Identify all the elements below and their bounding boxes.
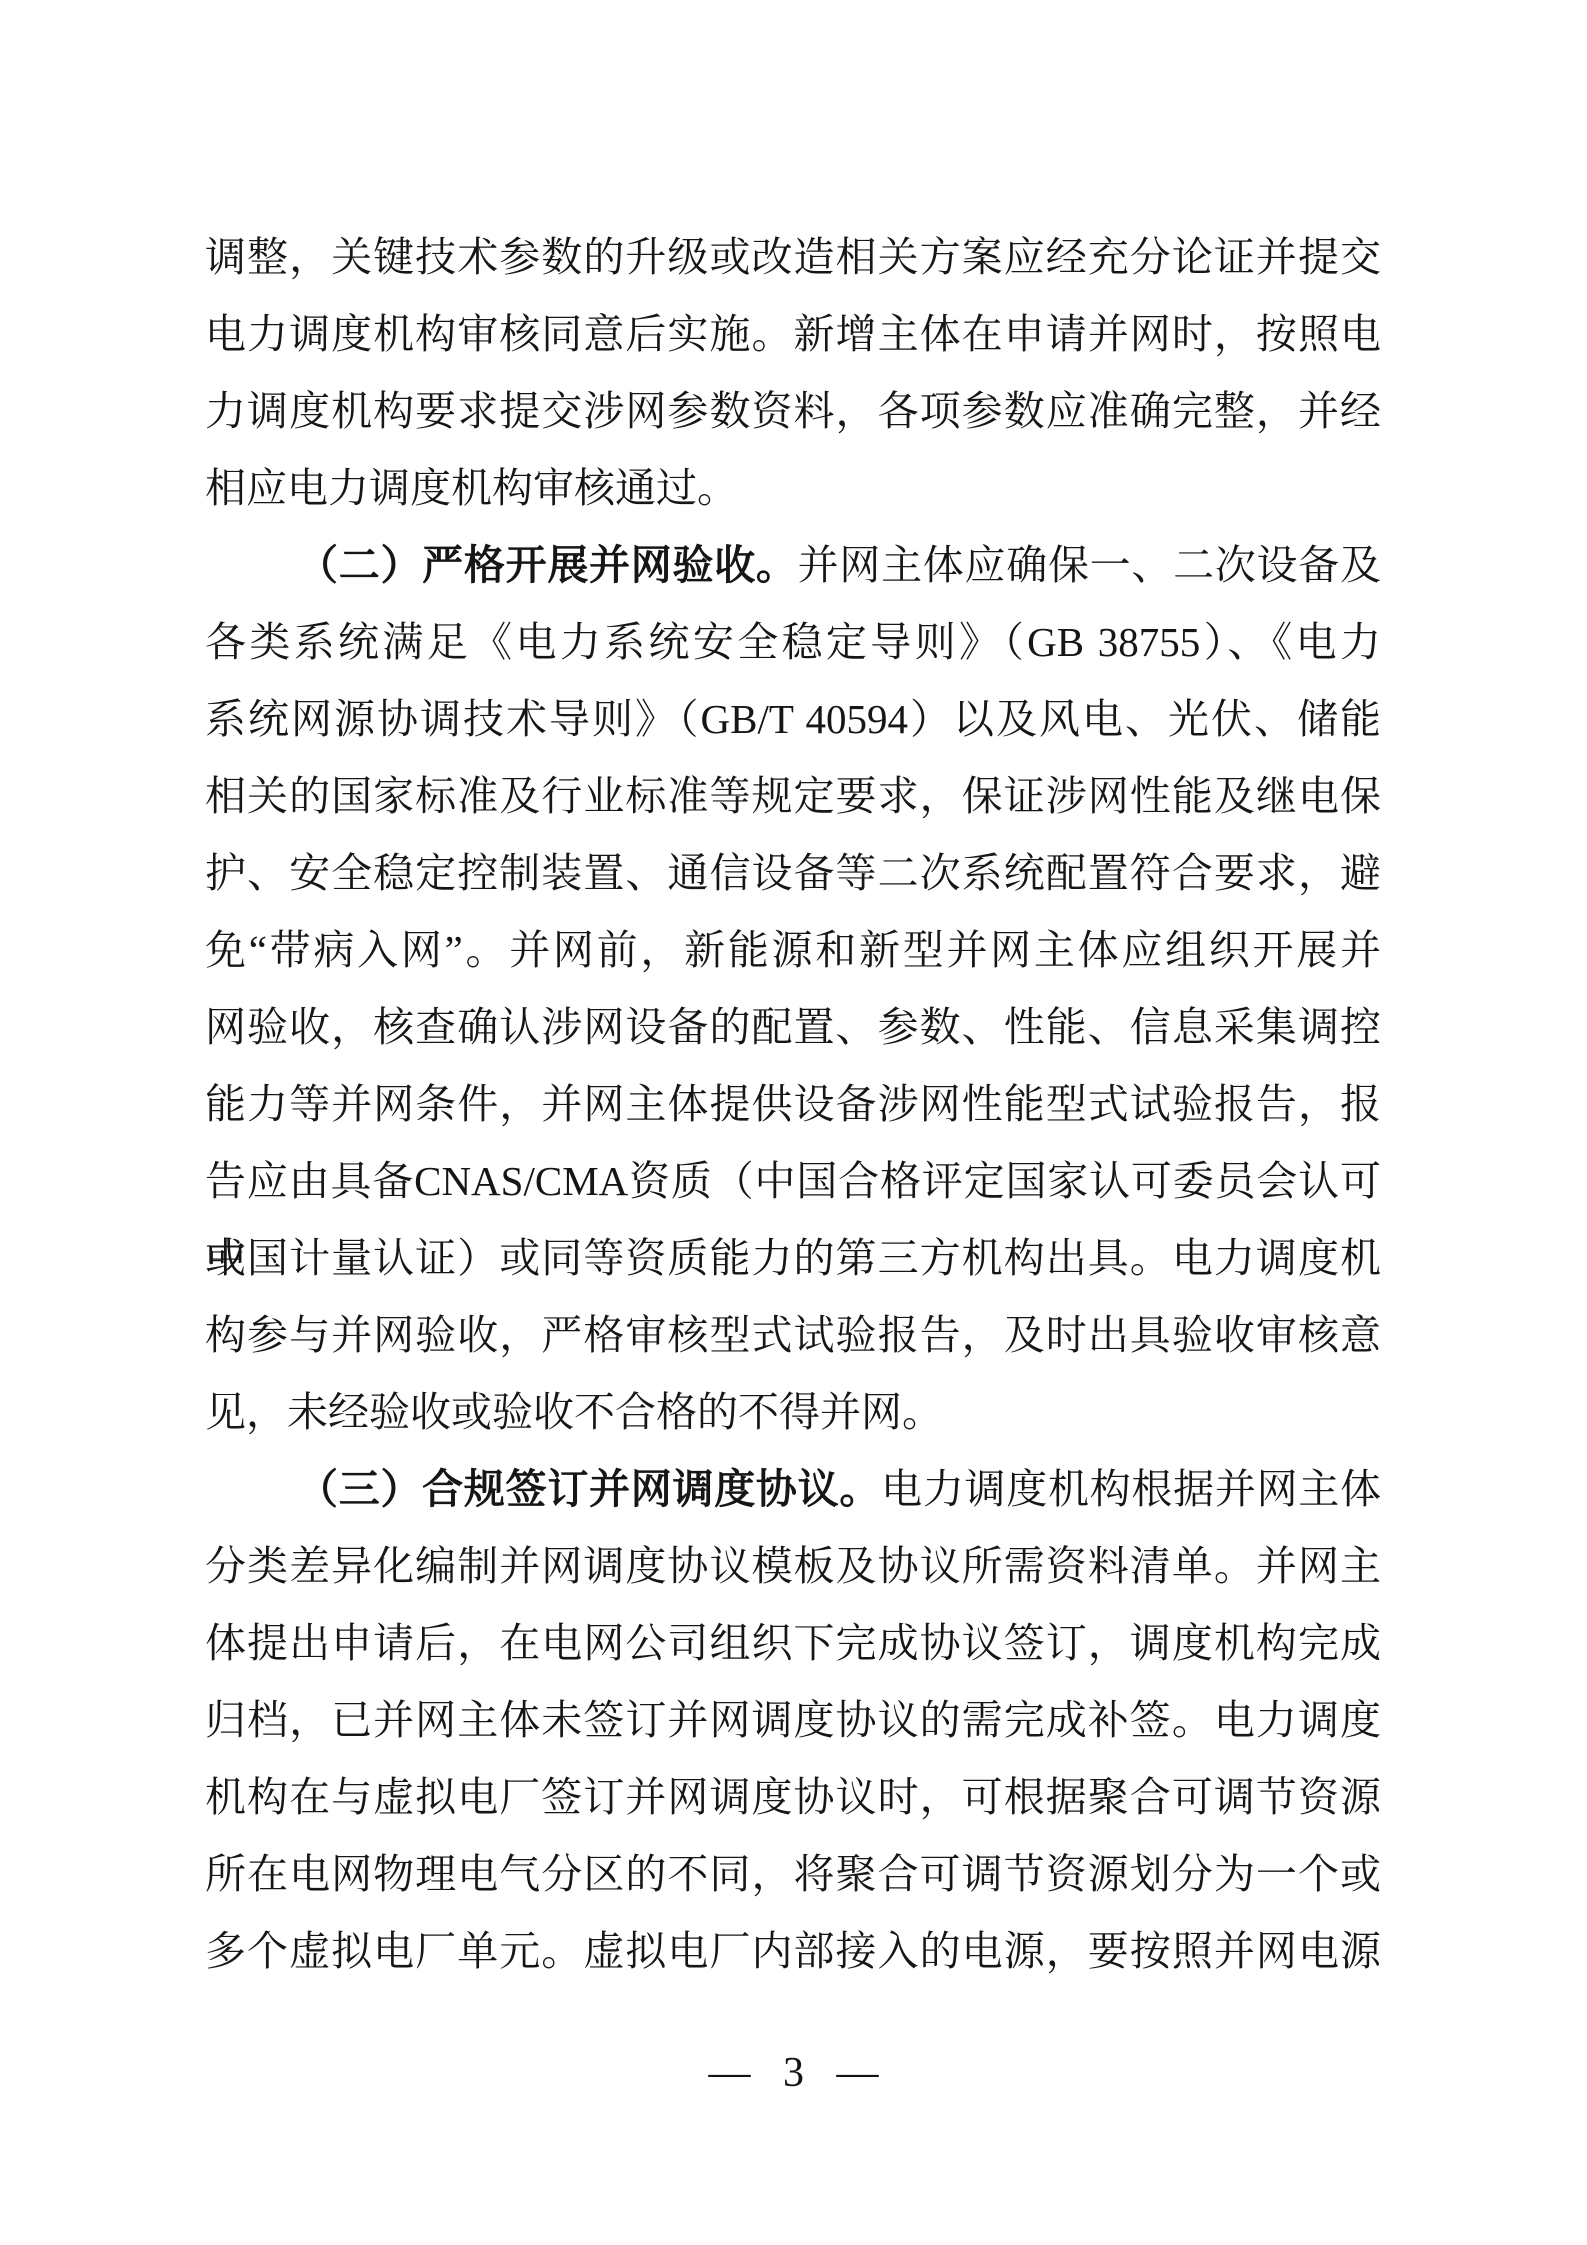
line-text: 护、安全稳定控制装置、通信设备等二次系统配置符合要求，避 [205, 850, 1381, 896]
section-heading: （三）合规签订并网调度协议。 [297, 1466, 881, 1512]
text-line: 系统网源协调技术导则》（GB/T 40594）以及风电、光伏、储能 [205, 681, 1381, 758]
line-text: 分类差异化编制并网调度协议模板及协议所需资料清单。并网主 [205, 1543, 1381, 1589]
document-page: 调整，关键技术参数的升级或改造相关方案应经充分论证并提交电力调度机构审核同意后实… [0, 0, 1587, 2245]
text-line: 体提出申请后，在电网公司组织下完成协议签订，调度机构完成 [205, 1605, 1381, 1682]
line-text: 免“带病入网”。并网前，新能源和新型并网主体应组织开展并 [205, 927, 1381, 973]
line-text: 机构在与虚拟电厂签订并网调度协议时，可根据聚合可调节资源 [205, 1774, 1381, 1820]
text-line: 分类差异化编制并网调度协议模板及协议所需资料清单。并网主 [205, 1528, 1381, 1605]
section-heading: （二）严格开展并网验收。 [297, 542, 798, 588]
line-text: 网验收，核查确认涉网设备的配置、参数、性能、信息采集调控 [205, 1004, 1381, 1050]
text-line: 各类系统满足《电力系统安全稳定导则》（GB 38755）、《电力 [205, 604, 1381, 681]
text-line: 中国计量认证）或同等资质能力的第三方机构出具。电力调度机 [205, 1220, 1381, 1297]
line-text: 电力调度机构审核同意后实施。新增主体在申请并网时，按照电 [205, 311, 1381, 357]
line-text: 归档，已并网主体未签订并网调度协议的需完成补签。电力调度 [205, 1697, 1381, 1743]
line-text: 电力调度机构根据并网主体 [881, 1466, 1381, 1512]
text-line: 见，未经验收或验收不合格的不得并网。 [205, 1374, 1381, 1451]
text-line: 力调度机构要求提交涉网参数资料，各项参数应准确完整，并经 [205, 373, 1381, 450]
line-text: 中国计量认证）或同等资质能力的第三方机构出具。电力调度机 [205, 1235, 1381, 1281]
text-line: 相应电力调度机构审核通过。 [205, 450, 1381, 527]
line-text: 调整，关键技术参数的升级或改造相关方案应经充分论证并提交 [205, 234, 1381, 280]
text-line: （二）严格开展并网验收。并网主体应确保一、二次设备及 [205, 527, 1381, 604]
line-text: 系统网源协调技术导则》（GB/T 40594）以及风电、光伏、储能 [205, 696, 1381, 742]
line-text: 各类系统满足《电力系统安全稳定导则》（GB 38755）、《电力 [205, 619, 1381, 665]
page-number: — 3 — [0, 2042, 1587, 2104]
line-text: 构参与并网验收，严格审核型式试验报告，及时出具验收审核意 [205, 1312, 1381, 1358]
line-text: 相关的国家标准及行业标准等规定要求，保证涉网性能及继电保 [205, 773, 1381, 819]
text-line: 相关的国家标准及行业标准等规定要求，保证涉网性能及继电保 [205, 758, 1381, 835]
line-text: 体提出申请后，在电网公司组织下完成协议签订，调度机构完成 [205, 1620, 1381, 1666]
text-line: 网验收，核查确认涉网设备的配置、参数、性能、信息采集调控 [205, 989, 1381, 1066]
line-text: 见，未经验收或验收不合格的不得并网。 [205, 1389, 943, 1435]
line-text: 力调度机构要求提交涉网参数资料，各项参数应准确完整，并经 [205, 388, 1381, 434]
document-content: 调整，关键技术参数的升级或改造相关方案应经充分论证并提交电力调度机构审核同意后实… [205, 219, 1381, 1990]
text-line: 告应由具备CNAS/CMA资质（中国合格评定国家认可委员会认可或 [205, 1143, 1381, 1220]
line-text: 能力等并网条件，并网主体提供设备涉网性能型式试验报告，报 [205, 1081, 1381, 1127]
text-line: 构参与并网验收，严格审核型式试验报告，及时出具验收审核意 [205, 1297, 1381, 1374]
line-text: 相应电力调度机构审核通过。 [205, 465, 738, 511]
line-text: 并网主体应确保一、二次设备及 [798, 542, 1381, 588]
text-line: 电力调度机构审核同意后实施。新增主体在申请并网时，按照电 [205, 296, 1381, 373]
text-line: 护、安全稳定控制装置、通信设备等二次系统配置符合要求，避 [205, 835, 1381, 912]
text-line: 所在电网物理电气分区的不同，将聚合可调节资源划分为一个或 [205, 1836, 1381, 1913]
text-line: 归档，已并网主体未签订并网调度协议的需完成补签。电力调度 [205, 1682, 1381, 1759]
text-line: 调整，关键技术参数的升级或改造相关方案应经充分论证并提交 [205, 219, 1381, 296]
text-line: 机构在与虚拟电厂签订并网调度协议时，可根据聚合可调节资源 [205, 1759, 1381, 1836]
text-line: 免“带病入网”。并网前，新能源和新型并网主体应组织开展并 [205, 912, 1381, 989]
text-line: （三）合规签订并网调度协议。电力调度机构根据并网主体 [205, 1451, 1381, 1528]
line-text: 多个虚拟电厂单元。虚拟电厂内部接入的电源，要按照并网电源 [205, 1928, 1381, 1974]
text-line: 能力等并网条件，并网主体提供设备涉网性能型式试验报告，报 [205, 1066, 1381, 1143]
line-text: 所在电网物理电气分区的不同，将聚合可调节资源划分为一个或 [205, 1851, 1381, 1897]
text-line: 多个虚拟电厂单元。虚拟电厂内部接入的电源，要按照并网电源 [205, 1913, 1381, 1990]
